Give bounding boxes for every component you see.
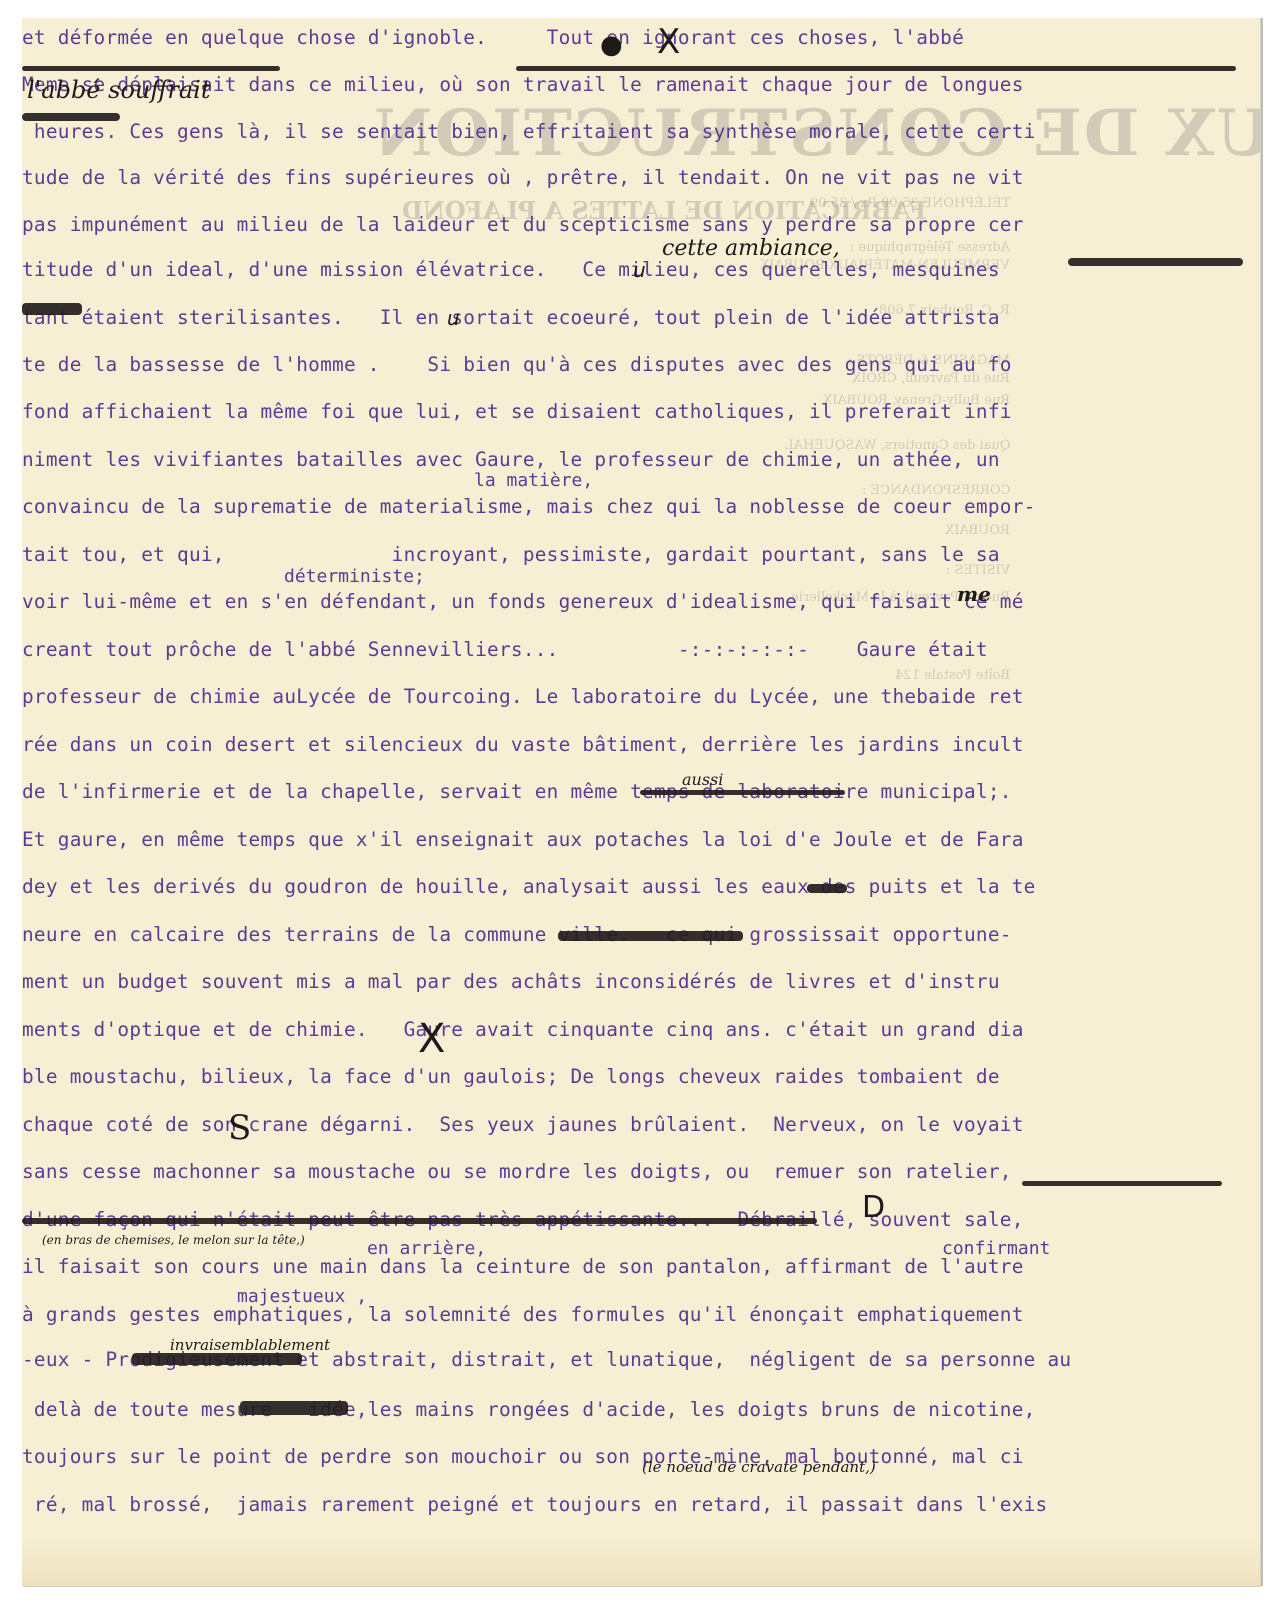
insertion-mark-u: u xyxy=(633,258,646,282)
typed-insertion: confirmant xyxy=(942,1238,1050,1259)
typed-line: et déformée en quelque chose d'ignoble. … xyxy=(22,26,964,49)
manuscript-page: MATÉRIAUX DE CONSTRUCTION FABRICATION DE… xyxy=(22,18,1260,1586)
typed-line: neure en calcaire des terrains de la com… xyxy=(22,923,1012,946)
handwritten-annotation: invraisemblablement xyxy=(170,1336,330,1354)
strikethrough xyxy=(516,66,1236,71)
strikethrough xyxy=(807,884,847,893)
handwritten-annotation: me xyxy=(957,582,991,606)
strikethrough xyxy=(240,1401,348,1415)
typed-line: tait tou, et qui, incroyant, pessimiste,… xyxy=(22,543,1000,566)
strikethrough xyxy=(22,113,120,121)
handwritten-annotation: aussi xyxy=(682,770,723,789)
typed-line: heures. Ces gens là, il se sentait bien,… xyxy=(22,120,1036,143)
handwritten-annotation: cette ambiance, xyxy=(662,236,840,261)
strikethrough xyxy=(132,1353,302,1365)
typed-line: fond affichaient la même foi que lui, et… xyxy=(22,400,1012,423)
insertion-mark-s: S xyxy=(228,1108,251,1148)
insertion-mark-x: X xyxy=(657,22,680,62)
typed-line: pas impunément au milieu de la laideur e… xyxy=(22,213,1024,236)
typed-line: à grands gestes emphatiques, la solemnit… xyxy=(22,1303,1024,1326)
typed-line: ble moustachu, bilieux, la face d'un gau… xyxy=(22,1065,1000,1088)
typed-line: te de la bassesse de l'homme . Si bien q… xyxy=(22,353,1012,376)
typed-line: dey et les derivés du goudron de houille… xyxy=(22,875,1036,898)
insertion-mark-d: D xyxy=(862,1190,885,1225)
insertion-mark-x: X xyxy=(418,1016,445,1062)
typed-line: Et gaure, en même temps que x'il enseign… xyxy=(22,828,1024,851)
typed-insertion: la matière, xyxy=(474,470,593,491)
strikethrough xyxy=(640,790,845,795)
typed-line: rée dans un coin desert et silencieux du… xyxy=(22,733,1024,756)
strikethrough xyxy=(22,303,82,315)
typed-line: convaincu de la suprematie de materialis… xyxy=(22,495,1036,518)
typed-line: professeur de chimie auLycée de Tourcoin… xyxy=(22,685,1024,708)
typed-line: de l'infirmerie et de la chapelle, serva… xyxy=(22,780,1012,803)
typed-line: delà de toute mesure idée,les mains rong… xyxy=(22,1398,1036,1421)
typed-line: sans cesse machonner sa moustache ou se … xyxy=(22,1160,1012,1183)
typed-insertion: déterministe; xyxy=(284,566,425,587)
typed-line: chaque coté de son crane dégarni. Ses ye… xyxy=(22,1113,1024,1136)
typed-insertion: majestueux , xyxy=(237,1286,367,1307)
typed-line: tant étaient sterilisantes. Il en sortai… xyxy=(22,306,1000,329)
handwritten-annotation: l'abbé souffrait xyxy=(27,76,210,104)
typed-line: il faisait son cours une main dans la ce… xyxy=(22,1255,1024,1278)
typed-insertion: en arrière, xyxy=(367,1238,486,1259)
letterhead-detail: ROUBAIX xyxy=(945,523,1010,538)
strikethrough xyxy=(1068,258,1243,266)
ink-blot-icon: ● xyxy=(600,30,623,60)
typed-line: ré, mal brossé, jamais rarement peigné e… xyxy=(22,1493,1047,1516)
letterhead-detail: Adresse Télégraphique : xyxy=(850,240,1010,255)
typed-line: tude de la vérité des fins supérieures o… xyxy=(22,166,1024,189)
typed-line: creant tout prôche de l'abbé Sennevillie… xyxy=(22,638,988,661)
strikethrough xyxy=(1022,1181,1222,1186)
strikethrough xyxy=(22,1218,817,1224)
insertion-mark-u: u xyxy=(447,306,460,330)
typed-line: ment un budget souvent mis a mal par des… xyxy=(22,970,1000,993)
typed-line: titude d'un ideal, d'une mission élévatr… xyxy=(22,258,1000,281)
typed-line: ments d'optique et de chimie. Gaure avai… xyxy=(22,1018,1024,1041)
handwritten-annotation: (en bras de chemises, le melon sur la tê… xyxy=(42,1233,305,1247)
strikethrough xyxy=(22,66,280,71)
typed-line: niment les vivifiantes batailles avec Ga… xyxy=(22,448,1000,471)
strikethrough xyxy=(558,931,743,941)
handwritten-annotation: (le noeud de cravate pendant,) xyxy=(642,1458,876,1476)
letterhead-detail: Boîte Postale 124 xyxy=(895,668,1010,683)
typed-line: voir lui-même et en s'en défendant, un f… xyxy=(22,590,1024,613)
letterhead-detail: TÉLÉPHONE 35.08 Rx / 35.09 xyxy=(810,196,1010,211)
